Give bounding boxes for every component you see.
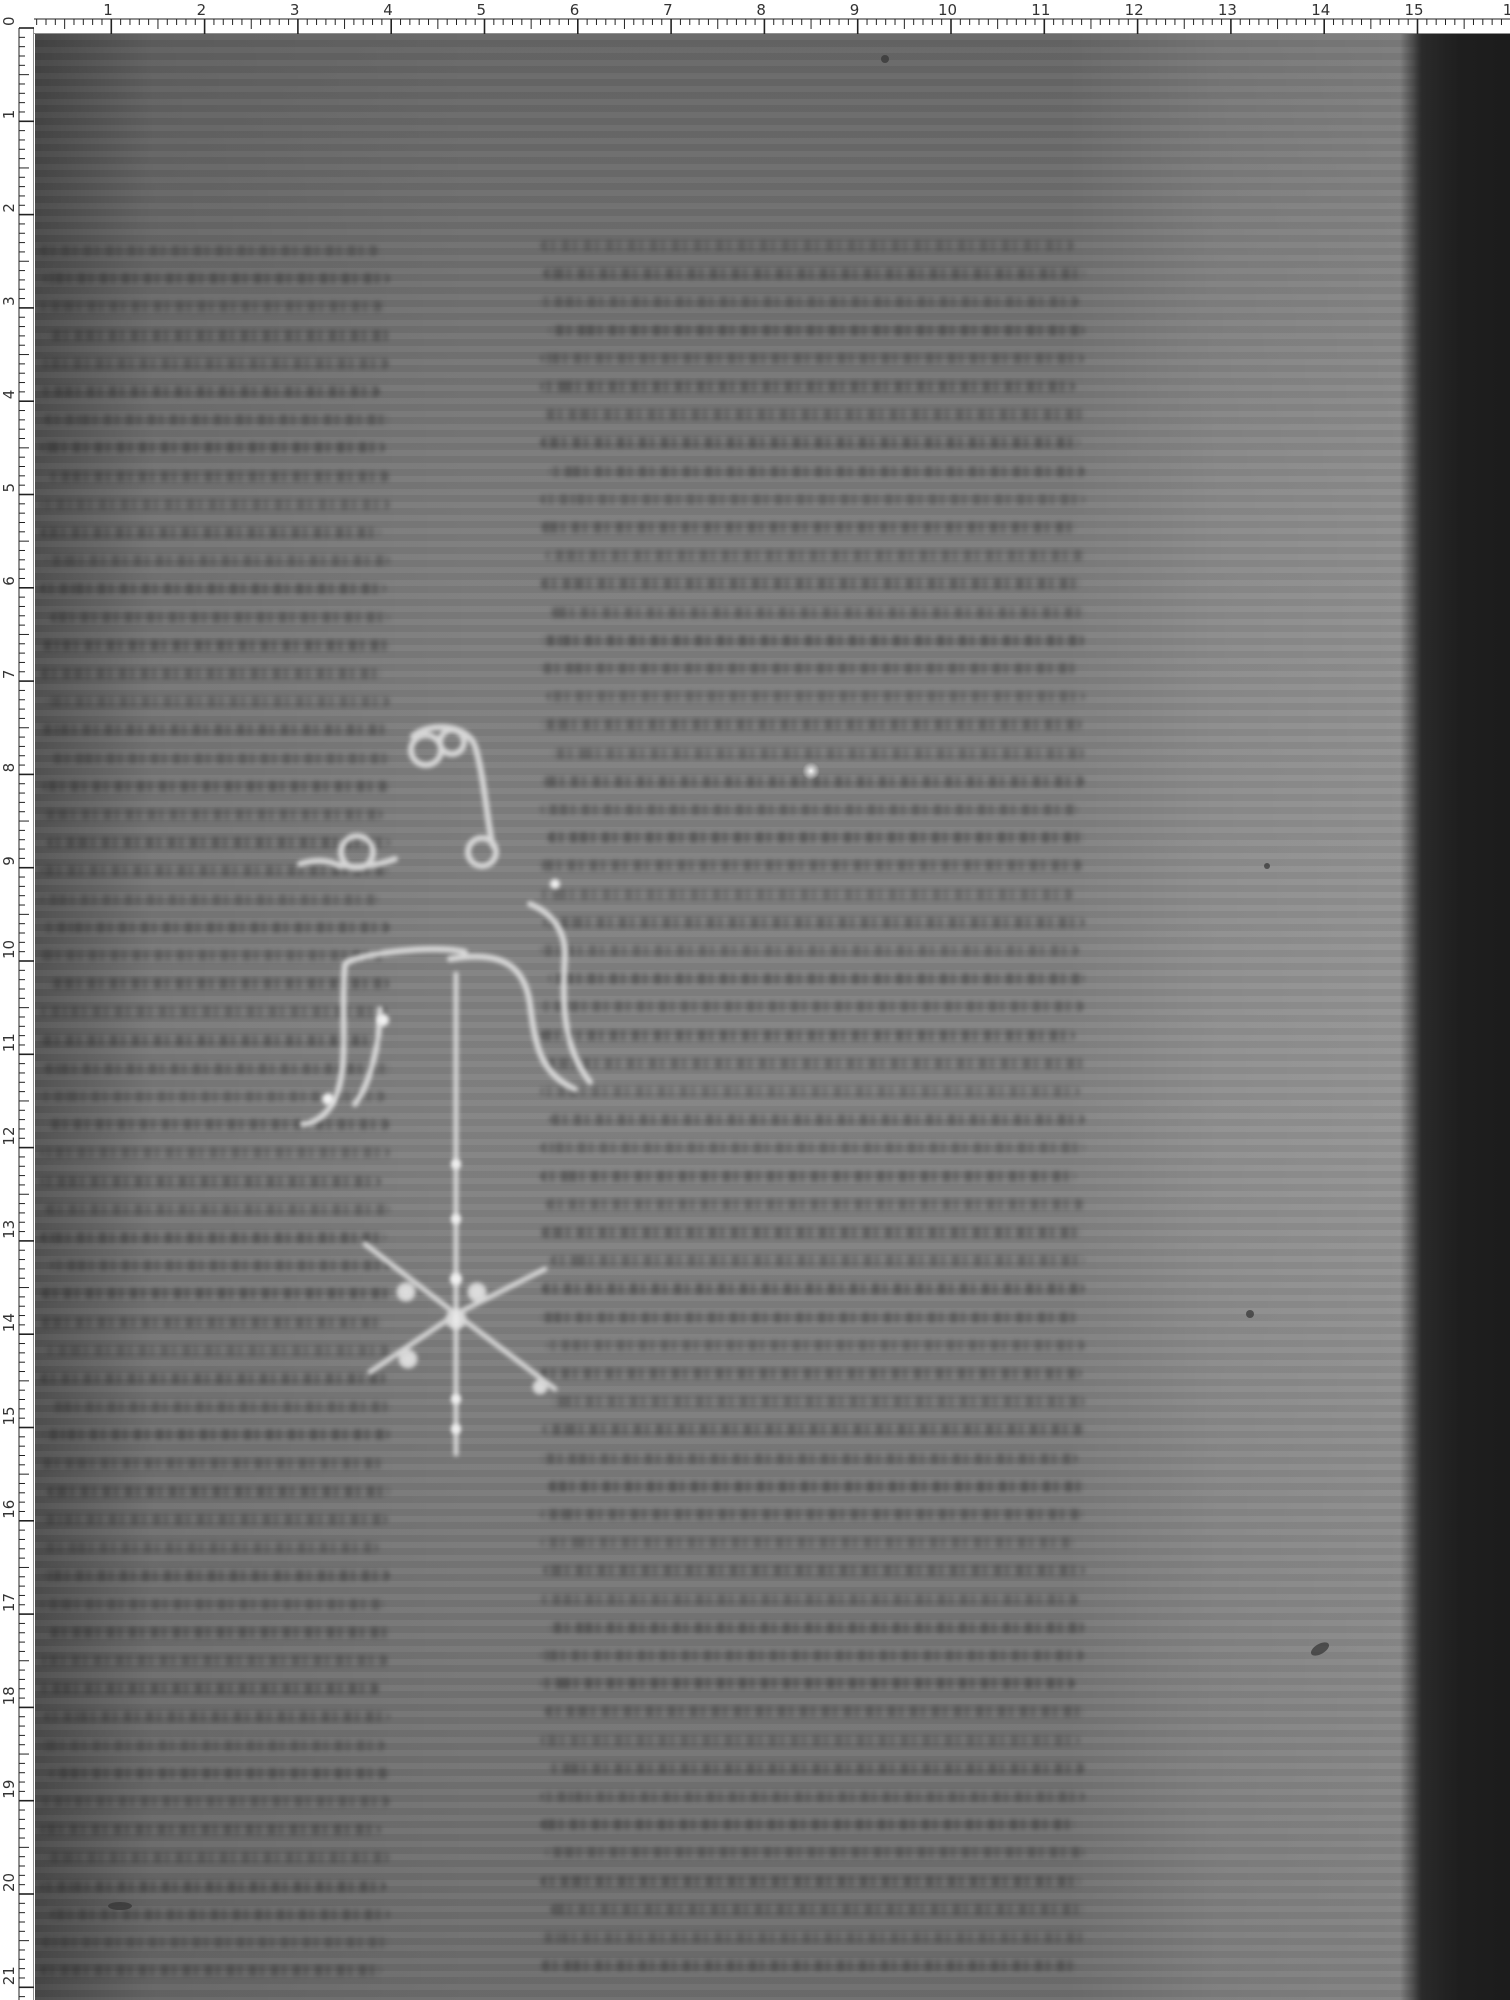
ruler-left-label: 7	[0, 670, 18, 680]
ruler-left-label: 16	[0, 1500, 18, 1519]
undertext-dots	[322, 879, 560, 1434]
ruler-left-label: 1	[0, 110, 18, 120]
ruler-left-label: 21	[0, 1966, 18, 1985]
ruler-left-label: 3	[0, 296, 18, 306]
undertext-figures	[35, 34, 1510, 2000]
ruler-top: 01234567891011121314151	[0, 0, 1510, 34]
ruler-left-label: 14	[0, 1313, 18, 1332]
ruler-left-label: 9	[0, 856, 18, 866]
ruler-left-label: 0	[0, 16, 18, 26]
ruler-left-label: 12	[0, 1127, 18, 1146]
ruler-left-label: 4	[0, 390, 18, 400]
ruler-left-label: 13	[0, 1220, 18, 1239]
ruler-left-ticks: 0123456789101112131415161718192021	[0, 0, 34, 2000]
page-edge-shadow	[1400, 34, 1510, 2000]
ruler-left-label: 19	[0, 1780, 18, 1799]
star-cross-mark-icon	[365, 1244, 555, 1392]
ruler-left-label: 18	[0, 1686, 18, 1705]
ruler-top-label: 9	[850, 1, 860, 19]
ruler-top-label: 1	[103, 1, 113, 19]
ruler-top-label: 14	[1311, 1, 1330, 19]
ruler-left-label: 15	[0, 1406, 18, 1425]
ruler-left-label: 17	[0, 1593, 18, 1612]
ruler-top-label: 5	[477, 1, 487, 19]
ruler-left-label: 5	[0, 483, 18, 493]
ruler-left-label: 20	[0, 1873, 18, 1892]
zoomorphic-initial-icon	[300, 727, 590, 1454]
manuscript-scan	[35, 34, 1510, 2000]
ruler-left-label: 2	[0, 203, 18, 213]
ruler-left: 0123456789101112131415161718192021	[0, 0, 34, 2000]
ruler-top-label: 2	[197, 1, 207, 19]
ruler-top-label: 4	[383, 1, 393, 19]
ruler-left-label: 8	[0, 763, 18, 773]
bright-spot	[802, 762, 820, 780]
ruler-left-label: 10	[0, 940, 18, 959]
ruler-top-label: 15	[1405, 1, 1424, 19]
ruler-left-label: 6	[0, 576, 18, 586]
ruler-left-label: 11	[0, 1033, 18, 1052]
ruler-top-label: 6	[570, 1, 580, 19]
ruler-top-label: 10	[938, 1, 957, 19]
blemishes	[108, 55, 1331, 1910]
ruler-top-label: 13	[1218, 1, 1237, 19]
ruler-top-label: 12	[1125, 1, 1144, 19]
ruler-top-label: 7	[663, 1, 673, 19]
ruler-top-ticks: 01234567891011121314151	[0, 0, 1510, 34]
ruler-top-label: 1	[1503, 1, 1510, 19]
ruler-top-label: 11	[1031, 1, 1050, 19]
ruler-top-label: 8	[756, 1, 766, 19]
ruler-top-label: 3	[290, 1, 300, 19]
